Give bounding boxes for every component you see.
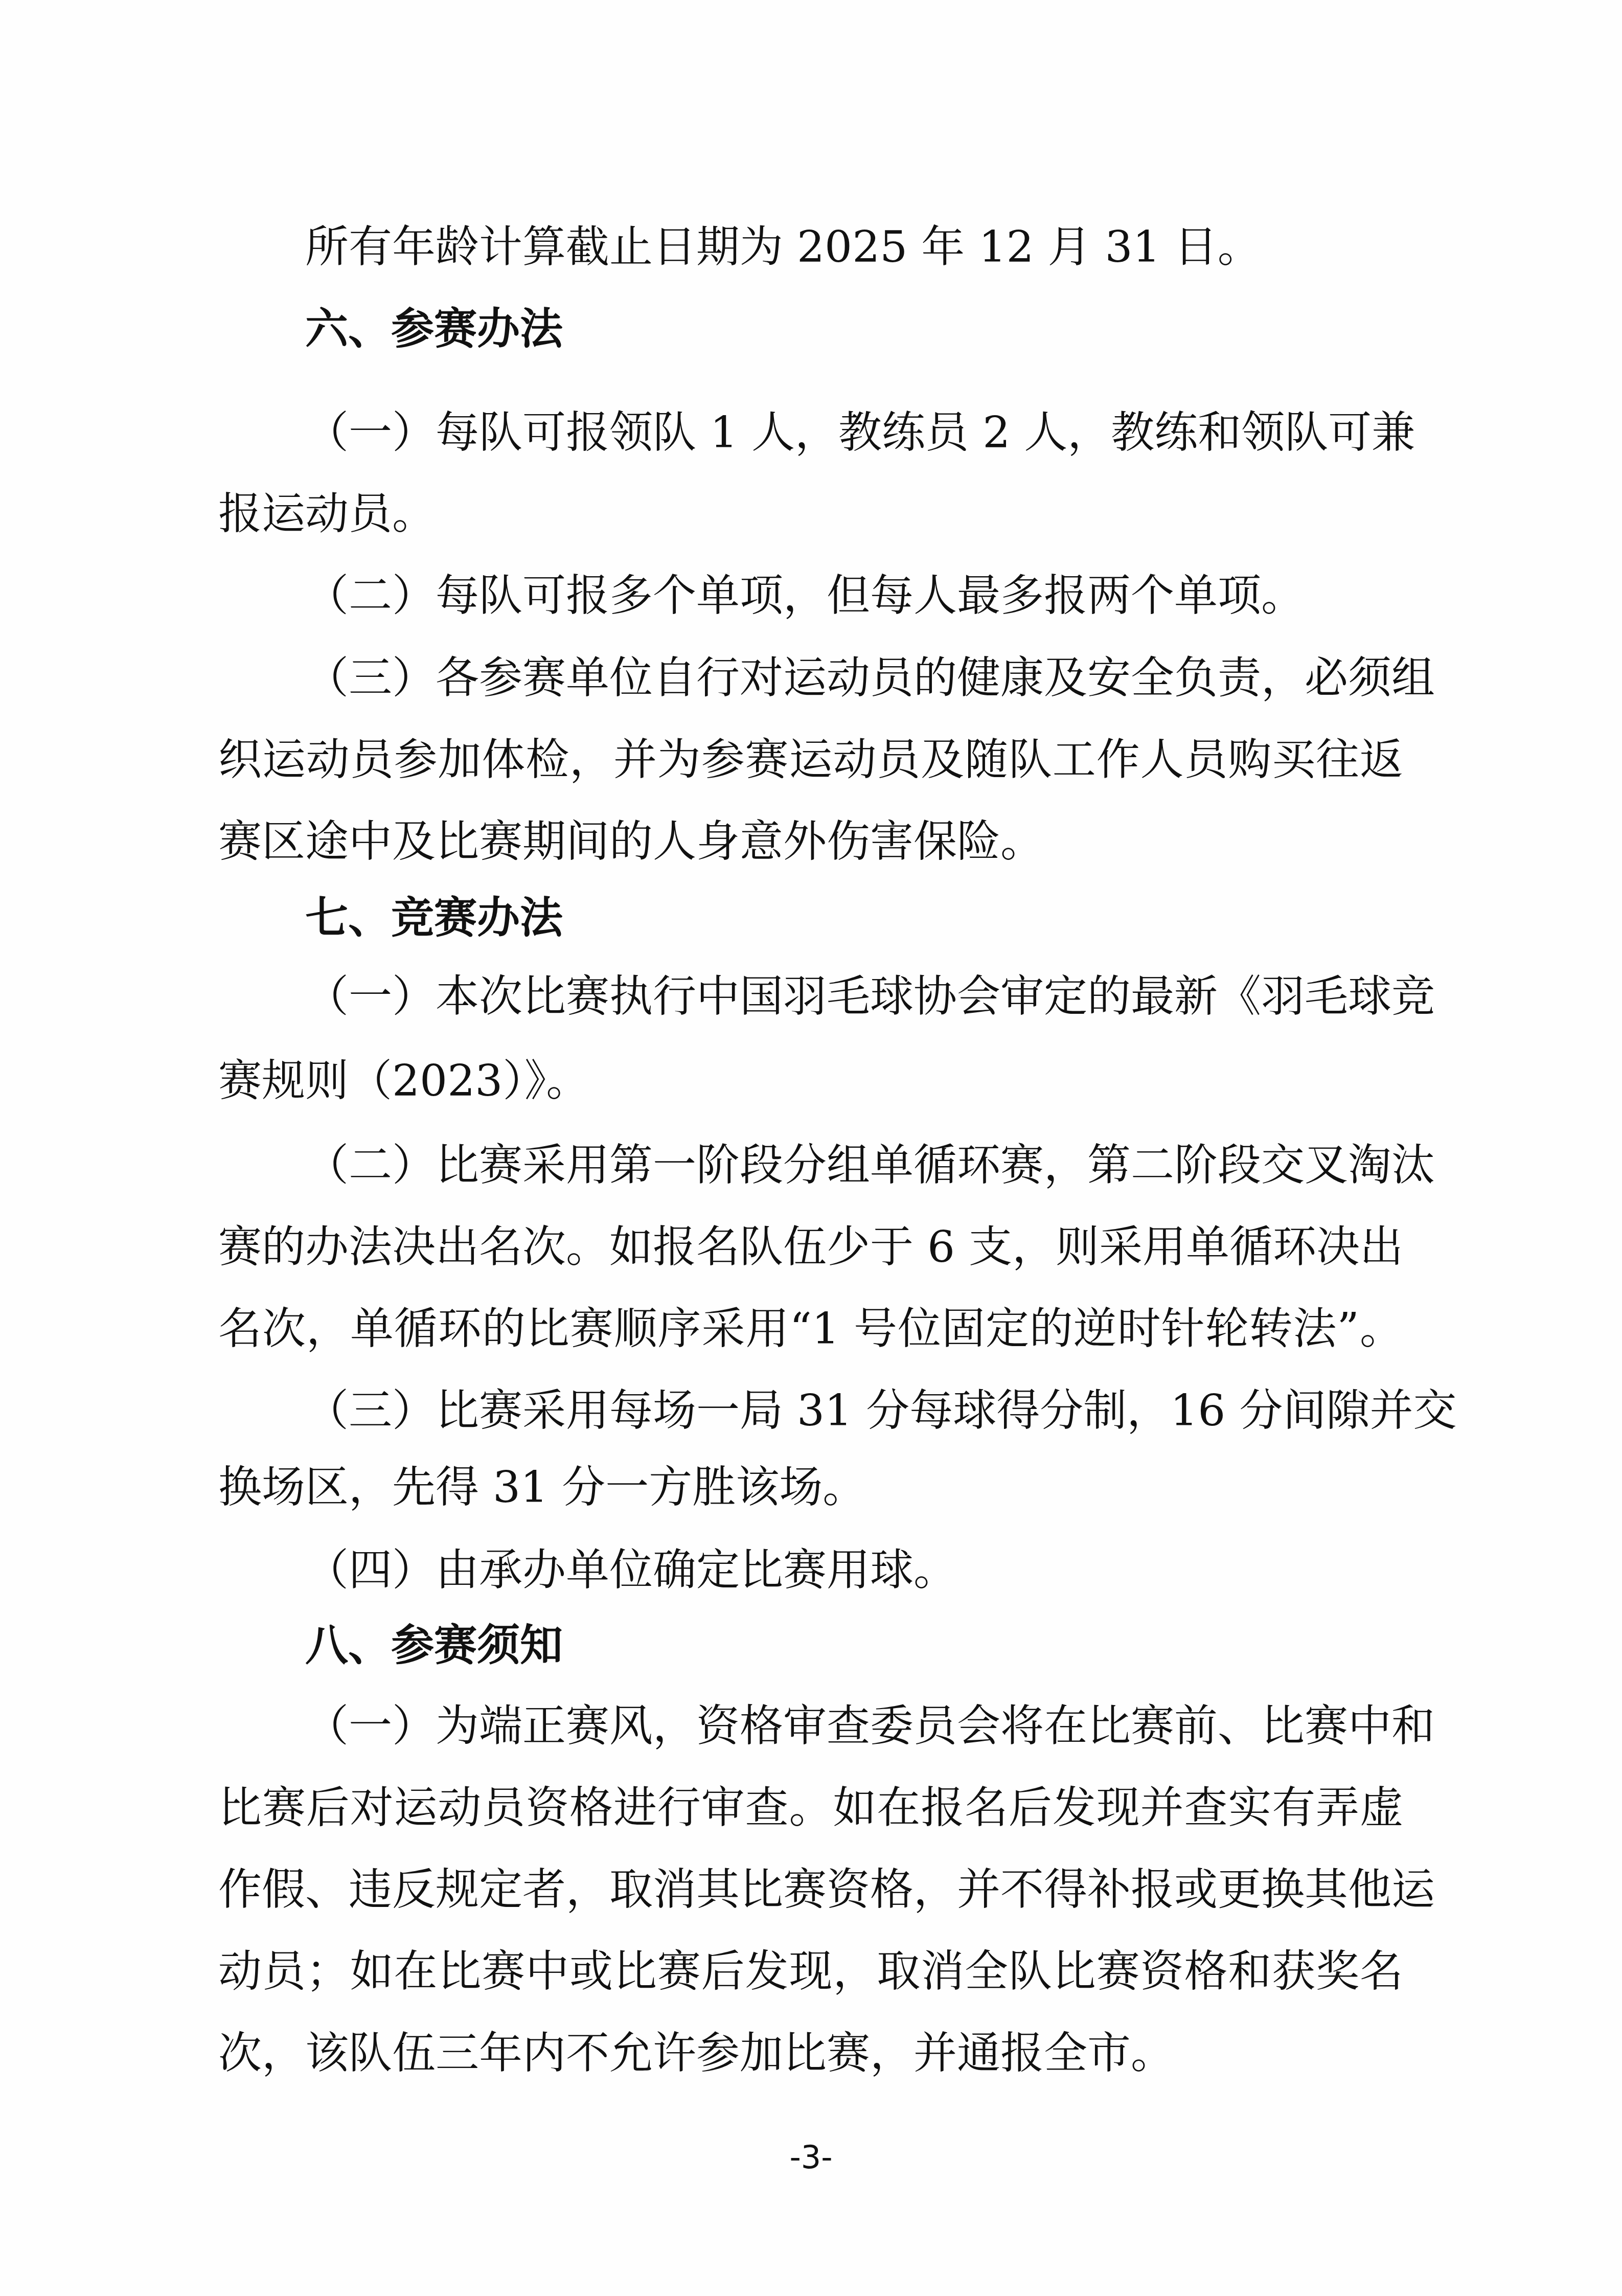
text-line: （一）本次比赛执行中国羽毛球协会审定的最新《羽毛球竞: [305, 956, 1403, 1038]
text-line: 所有年龄计算截止日期为 2025 年 12 月 31 日。: [305, 207, 1403, 288]
text-line: （三）各参赛单位自行对运动员的健康及安全负责，必须组: [305, 638, 1403, 719]
text-line: 作假、违反规定者，取消其比赛资格，并不得补报或更换其他运: [218, 1849, 1403, 1931]
text-line: （一）每队可报领队 1 人，教练员 2 人，教练和领队可兼: [305, 392, 1403, 474]
text-line: 名次，单循环的比赛顺序采用“1 号位固定的逆时针轮转法”。: [218, 1288, 1403, 1370]
section-heading-8: 八、参赛须知: [305, 1604, 1490, 1686]
text-line: 赛的办法决出名次。如报名队伍少于 6 支，则采用单循环决出: [218, 1207, 1403, 1288]
text-line: （二）比赛采用第一阶段分组单循环赛，第二阶段交叉淘汰: [305, 1125, 1403, 1207]
text-line: （二）每队可报多个单项，但每人最多报两个单项。: [305, 555, 1403, 637]
text-line: 织运动员参加体检，并为参赛运动员及随队工作人员购买往返: [218, 719, 1403, 801]
section-heading-6: 六、参赛办法: [305, 288, 1490, 370]
text-line: 赛规则（2023）》。: [218, 1040, 1403, 1122]
text-line: 报运动员。: [218, 473, 1403, 555]
section-heading-7: 七、竞赛办法: [305, 877, 1490, 959]
text-line: 比赛后对运动员资格进行审查。如在报名后发现并查实有弄虚: [218, 1767, 1403, 1849]
text-line: 赛区途中及比赛期间的人身意外伤害保险。: [218, 801, 1403, 883]
text-line: （四）由承办单位确定比赛用球。: [305, 1530, 1403, 1611]
text-line: 换场区，先得 31 分一方胜该场。: [218, 1447, 1403, 1529]
text-line: （一）为端正赛风，资格审查委员会将在比赛前、比赛中和: [305, 1686, 1403, 1767]
text-line: 次，该队伍三年内不允许参加比赛，并通报全市。: [218, 2013, 1403, 2095]
document-page: 所有年龄计算截止日期为 2025 年 12 月 31 日。 六、参赛办法 （一）…: [0, 0, 1622, 2296]
page-number: -3-: [0, 2140, 1622, 2175]
text-line: 动员；如在比赛中或比赛后发现，取消全队比赛资格和获奖名: [218, 1931, 1403, 2013]
text-line: （三）比赛采用每场一局 31 分每球得分制，16 分间隙并交: [305, 1370, 1403, 1452]
